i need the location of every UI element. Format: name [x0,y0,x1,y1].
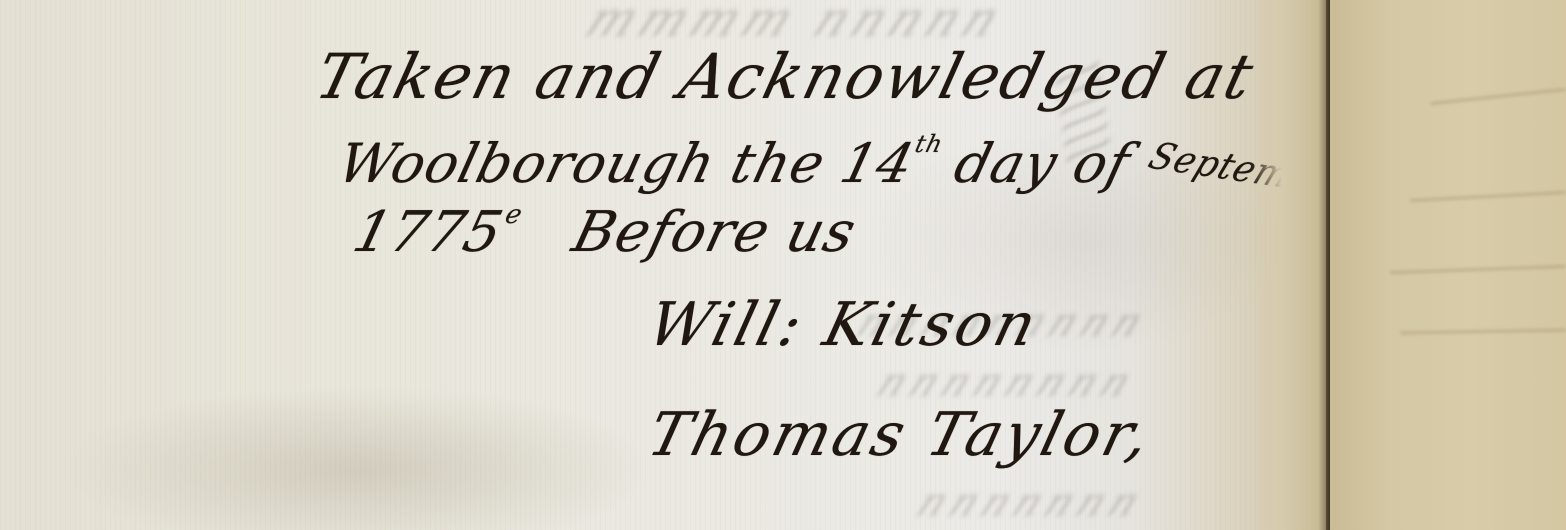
line-place-date: Woolborough the 14th day of September [332,130,1365,195]
before-us-text: Before us [566,200,862,265]
signature-thomas-taylor: Thomas Taylor, [641,400,1159,470]
line-taken-acknowledged: Taken and Acknowledged at [309,40,1262,113]
paper-crease [1400,329,1566,335]
paper-crease [1430,88,1566,105]
document-photo: mmmm nnnnn llllll nnnnnnnnn nnnnnnnn nnn… [0,0,1566,530]
day-suffix: th [912,130,946,158]
page-fold-shadow [1250,0,1330,530]
year-text: 1775 [347,200,510,265]
right-page [1330,0,1566,530]
signature-will-kitson: Will: Kitson [641,290,1046,360]
day-number: 14 [834,132,920,195]
left-page: mmmm nnnnn llllll nnnnnnnnn nnnnnnnn nnn… [0,0,1330,530]
paper-crease [1390,265,1566,274]
paper-crease [1410,191,1566,202]
day-of-text: day of [948,132,1137,195]
line-year-before-us: 1775e Before us [347,200,863,265]
bleed-through-text: nnnnnnn [909,480,1153,526]
place-text: Woolborough the [332,132,832,195]
